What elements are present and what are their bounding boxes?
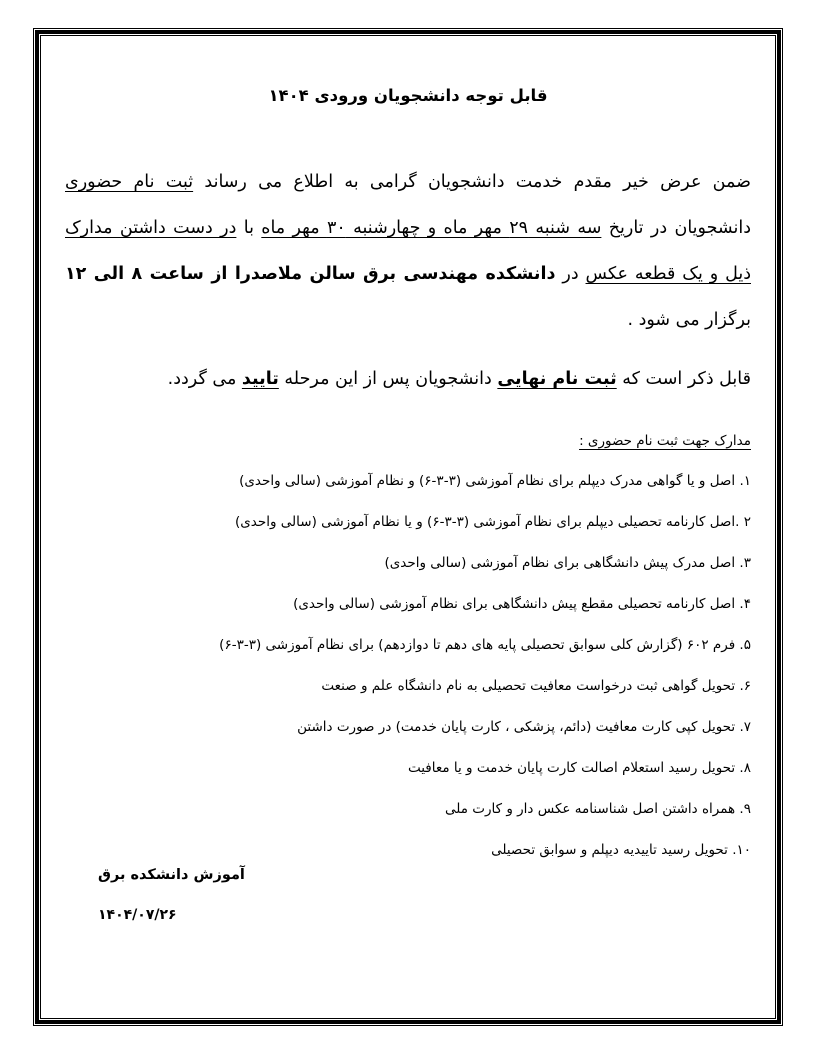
note-text: دانشجویان پس از این مرحله <box>279 369 497 389</box>
intro-location-bold: دانشکده مهندسی برق سالن ملاصدرا از ساعت … <box>65 264 555 284</box>
document-item-2: ۲ .اصل کارنامه تحصیلی دیپلم برای نظام آم… <box>65 512 751 553</box>
note-final-registration-emphasis: ثبت نام نهایی <box>497 369 616 389</box>
note-confirmation-emphasis: تایید <box>242 369 279 389</box>
document-title: قابل توجه دانشجویان ورودی ۱۴۰۴ <box>65 86 751 105</box>
page-border-inner: قابل توجه دانشجویان ورودی ۱۴۰۴ ضمن عرض خ… <box>40 35 776 1019</box>
document-item-6: ۶. تحویل گواهی ثبت درخواست معافیت تحصیلی… <box>65 676 751 717</box>
documents-heading: مدارک جهت ثبت نام حضوری : <box>65 433 751 449</box>
note-paragraph: قابل ذکر است که ثبت نام نهایی دانشجویان … <box>65 357 751 401</box>
footer-date: ۱۴۰۴/۰۷/۲۶ <box>98 907 283 923</box>
page-border-thick: قابل توجه دانشجویان ورودی ۱۴۰۴ ضمن عرض خ… <box>35 30 781 1024</box>
intro-text: برگزار می شود . <box>627 310 751 330</box>
document-item-5: ۵. فرم ۶۰۲ (گزارش کلی سوابق تحصیلی پایه … <box>65 635 751 676</box>
intro-text: در <box>555 264 585 284</box>
footer-department: آموزش دانشکده برق <box>98 867 245 883</box>
document-item-9: ۹. همراه داشتن اصل شناسنامه عکس دار و کا… <box>65 799 751 840</box>
intro-text: با <box>236 218 261 238</box>
page-border-outer: قابل توجه دانشجویان ورودی ۱۴۰۴ ضمن عرض خ… <box>33 28 783 1026</box>
intro-text: ضمن عرض خیر مقدم خدمت دانشجویان گرامی به… <box>193 172 751 192</box>
document-footer: آموزش دانشکده برق ۱۴۰۴/۰۷/۲۶ <box>98 867 245 923</box>
note-text: قابل ذکر است که <box>617 369 751 389</box>
documents-list: ۱. اصل و یا گواهی مدرک دیپلم برای نظام آ… <box>65 471 751 881</box>
intro-paragraph: ضمن عرض خیر مقدم خدمت دانشجویان گرامی به… <box>65 159 751 343</box>
document-item-3: ۳. اصل مدرک پیش دانشگاهی برای نظام آموزش… <box>65 553 751 594</box>
note-text: می گردد. <box>168 369 242 389</box>
intro-registration-underline: ثبت نام حضوری <box>65 172 193 192</box>
intro-dates-underline: سه شنبه ۲۹ مهر ماه و چهارشنبه ۳۰ مهر ماه <box>261 218 601 238</box>
document-item-1: ۱. اصل و یا گواهی مدرک دیپلم برای نظام آ… <box>65 471 751 512</box>
document-item-4: ۴. اصل کارنامه تحصیلی مقطع پیش دانشگاهی … <box>65 594 751 635</box>
document-item-7: ۷. تحویل کپی کارت معافیت (دائم، پزشکی ، … <box>65 717 751 758</box>
intro-text: دانشجویان در تاریخ <box>601 218 751 238</box>
document-item-8: ۸. تحویل رسید استعلام اصالت کارت پایان خ… <box>65 758 751 799</box>
